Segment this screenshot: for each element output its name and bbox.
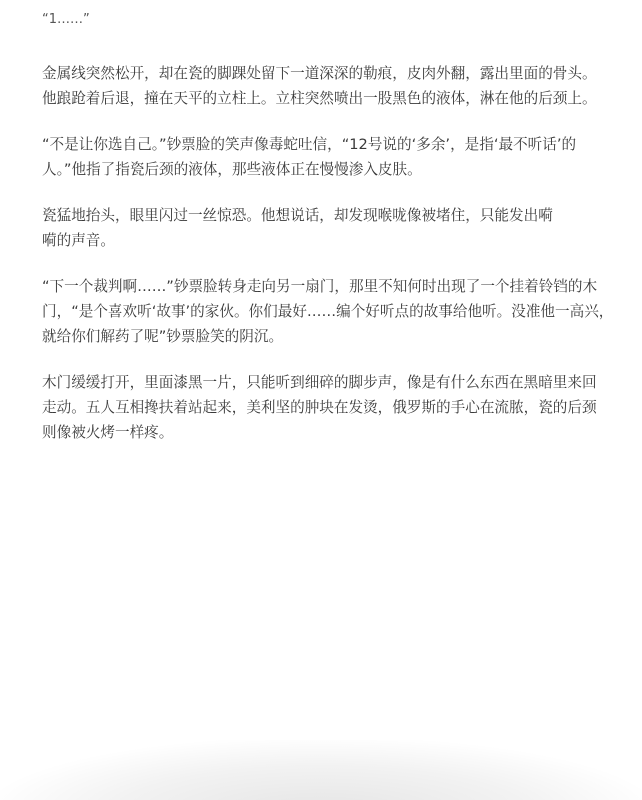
paragraph-1: “1……” [42, 7, 622, 32]
text-line: 就给你们解药了呢”钞票脸笑的阴沉。 [42, 324, 622, 349]
text-line: “1……” [42, 7, 622, 32]
text-line: 则像被火烤一样疼。 [42, 420, 622, 445]
text-line: “不是让你选自己。”钞票脸的笑声像毒蛇吐信，“12号说的‘多余’，是指‘最不听话… [42, 132, 622, 157]
paragraph-5: “下一个裁判啊……”钞票脸转身走向另一扇门，那里不知何时出现了一个挂着铃铛的木 … [42, 274, 622, 349]
article-body: “1……” 金属线突然松开，却在瓷的脚踝处留下一道深深的勒痕，皮肉外翻，露出里面… [42, 7, 622, 466]
text-line: 金属线突然松开，却在瓷的脚踝处留下一道深深的勒痕，皮肉外翻，露出里面的骨头。 [42, 61, 622, 86]
text-line: 门，“是个喜欢听‘故事’的家伙。你们最好……编个好听点的故事给他听。没准他一高兴… [42, 299, 622, 324]
paragraph-6: 木门缓缓打开，里面漆黑一片，只能听到细碎的脚步声，像是有什么东西在黑暗里来回 走… [42, 370, 622, 445]
paragraph-3: “不是让你选自己。”钞票脸的笑声像毒蛇吐信，“12号说的‘多余’，是指‘最不听话… [42, 132, 622, 182]
text-line: “下一个裁判啊……”钞票脸转身走向另一扇门，那里不知何时出现了一个挂着铃铛的木 [42, 274, 622, 299]
text-line: 他踉跄着后退，撞在天平的立柱上。立柱突然喷出一股黑色的液体，淋在他的后颈上。 [42, 86, 622, 111]
paragraph-4: 瓷猛地抬头，眼里闪过一丝惊恐。他想说话，却发现喉咙像被堵住，只能发出嗬 嗬的声音… [42, 203, 622, 253]
text-line: 人。”他指了指瓷后颈的液体，那些液体正在慢慢渗入皮肤。 [42, 157, 622, 182]
text-line: 嗬的声音。 [42, 228, 622, 253]
paragraph-2: 金属线突然松开，却在瓷的脚踝处留下一道深深的勒痕，皮肉外翻，露出里面的骨头。 他… [42, 61, 622, 111]
text-line: 木门缓缓打开，里面漆黑一片，只能听到细碎的脚步声，像是有什么东西在黑暗里来回 [42, 370, 622, 395]
text-line: 瓷猛地抬头，眼里闪过一丝惊恐。他想说话，却发现喉咙像被堵住，只能发出嗬 [42, 203, 622, 228]
bottom-shadow [0, 740, 642, 800]
text-line: 走动。五人互相搀扶着站起来，美利坚的肿块在发烫，俄罗斯的手心在流脓，瓷的后颈 [42, 395, 622, 420]
